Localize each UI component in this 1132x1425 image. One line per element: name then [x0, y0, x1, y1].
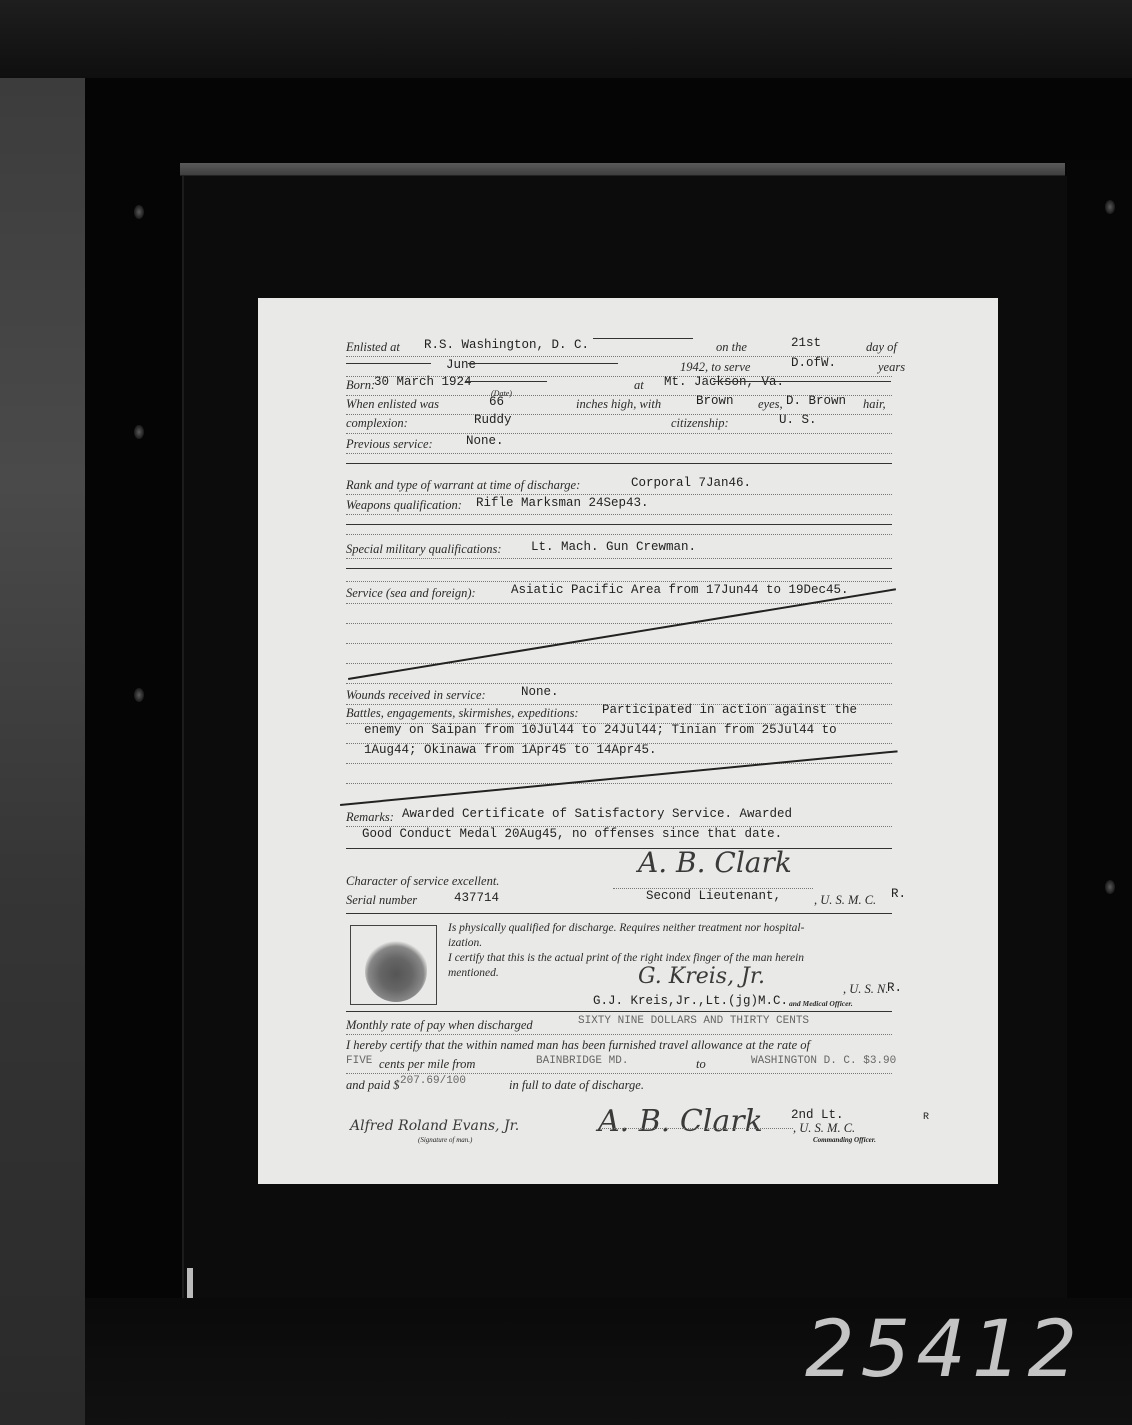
- pay-row: Monthly rate of pay when discharged SIXT…: [346, 1018, 891, 1038]
- medical-officer-role: and Medical Officer.: [789, 999, 853, 1008]
- paid-row: and paid $ 207.69/100 in full to date of…: [346, 1078, 891, 1098]
- medical-text-2: ization.: [448, 937, 482, 949]
- enlisted-month-value: June: [446, 358, 476, 372]
- wounds-value: None.: [521, 685, 559, 699]
- complexion-value: Ruddy: [474, 413, 512, 427]
- battles-line-1: Participated in action against the: [602, 703, 857, 717]
- medical-branch-label: , U. S. N.: [843, 982, 889, 996]
- travel-certify-text: I hereby certify that the within named m…: [346, 1038, 810, 1052]
- born-at-label: at: [634, 378, 644, 393]
- rank-value: Corporal 7Jan46.: [631, 476, 751, 490]
- eyes-label: eyes,: [758, 397, 783, 412]
- on-the-label: on the: [716, 340, 747, 355]
- frame-top-rail: [180, 163, 1065, 176]
- years-label: years: [878, 360, 905, 375]
- hair-value: D. Brown: [786, 394, 846, 408]
- enlisted-at-label: Enlisted at: [346, 340, 400, 354]
- weapons-value: Rifle Marksman 24Sep43.: [476, 496, 649, 510]
- bolt-icon: [1105, 200, 1115, 214]
- birth-date-value: 30 March 1924: [374, 375, 472, 389]
- hair-label: hair,: [863, 397, 886, 412]
- enlisted-day-value: 21st: [791, 336, 821, 350]
- rank-row: Rank and type of warrant at time of disc…: [346, 478, 891, 498]
- remarks-line-2: Good Conduct Medal 20Aug45, no offenses …: [362, 827, 782, 841]
- citizenship-label: citizenship:: [671, 416, 729, 431]
- medical-officer-row: G.J. Kreis,Jr.,Lt.(jg)M.C. and Medical O…: [593, 996, 893, 1016]
- bolt-icon: [134, 688, 144, 702]
- medical-officer-name: G.J. Kreis,Jr.,Lt.(jg)M.C.: [593, 994, 788, 1008]
- character-row: Character of service excellent.: [346, 874, 891, 894]
- previous-service-label: Previous service:: [346, 437, 433, 451]
- complexion-label: complexion:: [346, 416, 408, 430]
- day-of-label: day of: [866, 340, 897, 355]
- travel-to-value: WASHINGTON D. C. $3.90: [751, 1055, 896, 1067]
- officer-title: Second Lieutenant,: [646, 889, 781, 903]
- special-qualifications-row: Special military qualifications: Lt. Mac…: [346, 542, 891, 562]
- co-branch-suffix: R: [923, 1112, 929, 1123]
- archive-number: 25412: [805, 1305, 1083, 1395]
- wounds-label: Wounds received in service:: [346, 688, 486, 702]
- special-qualifications-label: Special military qualifications:: [346, 542, 502, 556]
- enlisted-at-value: R.S. Washington, D. C.: [424, 338, 589, 352]
- travel-to-label: to: [696, 1057, 706, 1072]
- fingerprint-box: [350, 925, 437, 1005]
- travel-route-row: FIVE cents per mile from BAINBRIDGE MD. …: [346, 1057, 891, 1077]
- battles-line-3: 1Aug44; Okinawa from 1Apr45 to 14Apr45.: [364, 743, 657, 757]
- co-branch: , U. S. M. C.: [793, 1121, 855, 1135]
- medical-text-4: mentioned.: [448, 967, 499, 979]
- man-signature: Alfred Roland Evans, Jr.: [350, 1118, 519, 1134]
- officer-branch-suffix: R.: [891, 887, 906, 901]
- man-signature-caption: (Signature of man.): [418, 1136, 472, 1144]
- serial-label: Serial number: [346, 893, 417, 907]
- co-rank: 2nd Lt.: [791, 1108, 844, 1122]
- officer-signature: A. B. Clark: [638, 846, 792, 879]
- remarks-line-1: Awarded Certificate of Satisfactory Serv…: [402, 807, 792, 821]
- pay-value: SIXTY NINE DOLLARS AND THIRTY CENTS: [578, 1015, 809, 1027]
- inches-label: inches high, with: [576, 397, 661, 412]
- when-enlisted-label: When enlisted was: [346, 397, 439, 411]
- term-value: D.ofW.: [791, 356, 836, 370]
- paid-value: 207.69/100: [400, 1075, 466, 1087]
- remarks-label: Remarks:: [346, 810, 394, 824]
- born-label: Born:: [346, 378, 375, 392]
- paid-full-label: in full to date of discharge.: [509, 1078, 644, 1093]
- bolt-icon: [1105, 880, 1115, 894]
- commanding-officer-signature: A. B. Clark: [598, 1104, 763, 1139]
- to-serve-label: , to serve: [705, 360, 750, 374]
- fingerprint-image: [365, 940, 427, 1002]
- year-label: 1942, to serve: [680, 360, 750, 375]
- medical-text-3: I certify that this is the actual print …: [448, 952, 804, 964]
- battles-label: Battles, engagements, skirmishes, expedi…: [346, 706, 579, 720]
- paid-label: and paid $: [346, 1078, 399, 1092]
- officer-branch: , U. S. M. C.: [814, 893, 876, 908]
- discharge-document: Enlisted at R.S. Washington, D. C. on th…: [258, 298, 998, 1184]
- height-value: 66: [489, 395, 504, 409]
- remarks-row-2: Good Conduct Medal 20Aug45, no offenses …: [346, 830, 891, 850]
- background-left-panel: [0, 78, 85, 1425]
- pay-label: Monthly rate of pay when discharged: [346, 1018, 533, 1032]
- medical-text-1: Is physically qualified for discharge. R…: [448, 922, 804, 934]
- travel-rate-value: FIVE: [346, 1055, 372, 1067]
- previous-service-value: None.: [466, 434, 504, 448]
- battles-line-2: enemy on Saipan from 10Jul44 to 24Jul44;…: [364, 723, 837, 737]
- medical-officer-signature: G. Kreis, Jr.: [638, 964, 765, 989]
- background-top: [0, 0, 1132, 78]
- character-label: Character of service excellent.: [346, 874, 499, 888]
- weapons-row: Weapons qualification: Rifle Marksman 24…: [346, 498, 891, 518]
- previous-service-row: Previous service: None.: [346, 437, 891, 457]
- rank-label: Rank and type of warrant at time of disc…: [346, 478, 580, 492]
- cents-per-mile-label: cents per mile from: [379, 1057, 475, 1072]
- bolt-icon: [134, 425, 144, 439]
- frame-right-post: [1067, 160, 1132, 1300]
- frame-tab-mark: [187, 1268, 193, 1298]
- co-caption: Commanding Officer.: [813, 1136, 876, 1144]
- service-label: Service (sea and foreign):: [346, 586, 476, 600]
- serial-row: Serial number 437714 Second Lieutenant, …: [346, 893, 891, 913]
- travel-from-value: BAINBRIDGE MD.: [536, 1055, 628, 1067]
- eyes-value: Brown: [696, 394, 734, 408]
- medical-branch-suffix: R.: [887, 981, 902, 995]
- weapons-label: Weapons qualification:: [346, 498, 462, 512]
- service-value: Asiatic Pacific Area from 17Jun44 to 19D…: [511, 583, 849, 597]
- birth-place-value: Mt. Jackson, Va.: [664, 375, 784, 389]
- serial-value: 437714: [454, 891, 499, 905]
- bolt-icon: [134, 205, 144, 219]
- special-qualifications-value: Lt. Mach. Gun Crewman.: [531, 540, 696, 554]
- enlisted-year-value: 1942: [680, 360, 705, 374]
- citizenship-value: U. S.: [779, 413, 817, 427]
